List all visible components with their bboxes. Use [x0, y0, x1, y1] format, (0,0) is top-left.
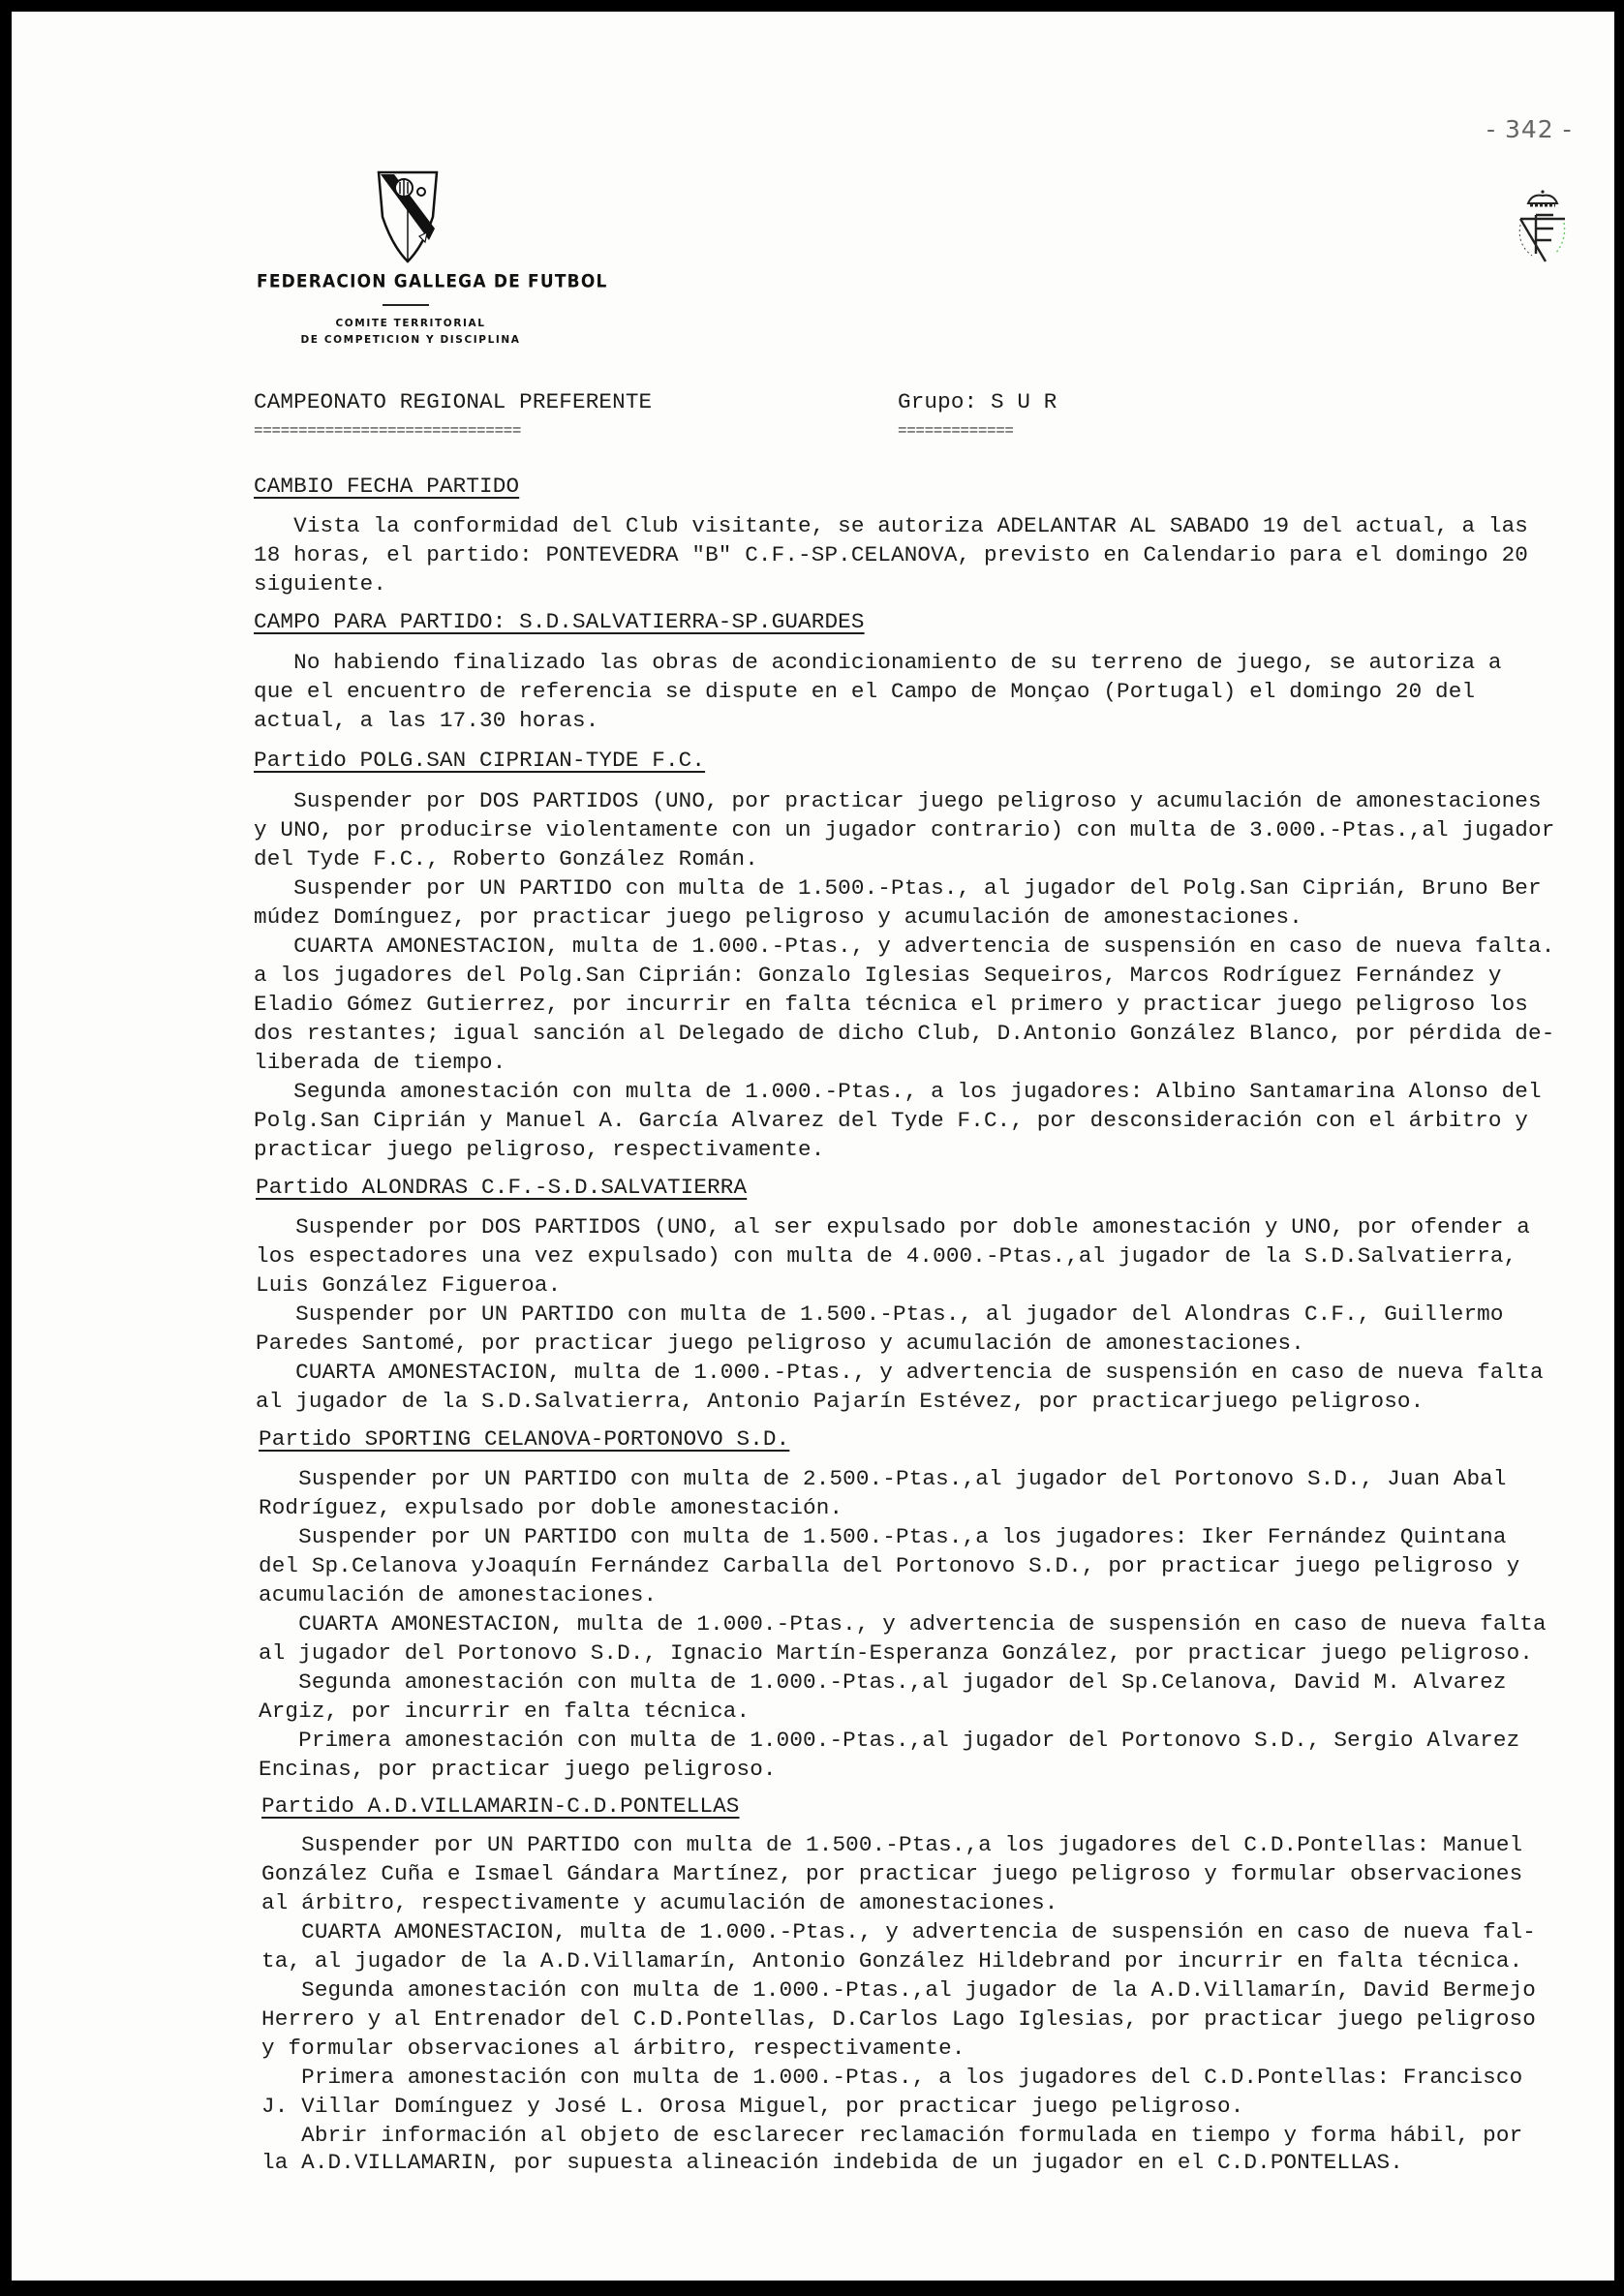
body-line: Abrir información al objeto de esclarece…: [261, 2121, 1522, 2150]
committee-line-2: DE COMPETICION Y DISCIPLINA: [265, 334, 556, 346]
body-line: CUARTA AMONESTACION, multa de 1.000.-Pta…: [256, 1358, 1544, 1387]
body-line: siguiente.: [254, 569, 386, 598]
body-line: Herrero y al Entrenador del C.D.Pontella…: [261, 2005, 1536, 2034]
body-line: practicar juego peligroso, respectivamen…: [254, 1135, 824, 1164]
body-line: Luis González Figueroa.: [256, 1270, 561, 1300]
body-line: Suspender por DOS PARTIDOS (UNO, por pra…: [254, 786, 1542, 815]
body-line: Primera amonestación con multa de 1.000.…: [261, 2063, 1522, 2092]
body-line: y formular observaciones al árbitro, res…: [261, 2034, 965, 2063]
body-line: a los jugadores del Polg.San Ciprián: Go…: [254, 961, 1502, 990]
body-line: Suspender por UN PARTIDO con multa de 2.…: [259, 1464, 1507, 1493]
body-line: González Cuña e Ismael Gándara Martínez,…: [261, 1859, 1522, 1888]
body-line: CUARTA AMONESTACION, multa de 1.000.-Pta…: [259, 1609, 1547, 1638]
body-line: Encinas, por practicar juego peligroso.: [259, 1755, 777, 1784]
body-line: Primera amonestación con multa de 1.000.…: [259, 1726, 1519, 1755]
section-heading: Partido ALONDRAS C.F.-S.D.SALVATIERRA: [256, 1173, 747, 1202]
body-line: los espectadores una vez expulsado) con …: [256, 1241, 1517, 1270]
body-line: Eladio Gómez Gutierrez, por incurrir en …: [254, 990, 1528, 1019]
body-line: J. Villar Domínguez y José L. Orosa Migu…: [261, 2092, 1243, 2121]
body-line: Rodríguez, expulsado por doble amonestac…: [259, 1493, 843, 1522]
body-line: Polg.San Ciprián y Manuel A. García Alva…: [254, 1106, 1528, 1135]
section-heading: Partido POLG.SAN CIPRIAN-TYDE F.C.: [254, 746, 705, 775]
letterhead-divider: [383, 304, 429, 306]
crowned-rfef-emblem-icon: [1511, 186, 1575, 273]
body-line: CUARTA AMONESTACION, multa de 1.000.-Pta…: [261, 1917, 1536, 1946]
section-heading: Partido A.D.VILLAMARIN-C.D.PONTELLAS: [261, 1791, 740, 1821]
body-line: Vista la conformidad del Club visitante,…: [254, 511, 1528, 540]
body-line: dos restantes; igual sanción al Delegado…: [254, 1019, 1554, 1048]
body-line: No habiendo finalizado las obras de acon…: [254, 648, 1502, 677]
body-line: y UNO, por producirse violentamente con …: [254, 815, 1554, 844]
body-line: Paredes Santomé, por practicar juego pel…: [256, 1329, 1304, 1358]
federation-name: FEDERACION GALLEGA DE FUTBOL: [257, 271, 608, 292]
championship-title: CAMPEONATO REGIONAL PREFERENTE: [254, 387, 652, 416]
body-line: Suspender por UN PARTIDO con multa de 1.…: [256, 1300, 1504, 1329]
body-line: liberada de tiempo.: [254, 1048, 506, 1077]
body-line: Segunda amonestación con multa de 1.000.…: [259, 1668, 1507, 1697]
committee-line-1: COMITE TERRITORIAL: [265, 318, 556, 329]
body-line: al jugador del Portonovo S.D., Ignacio M…: [259, 1638, 1533, 1668]
shield-crest-icon: [375, 168, 443, 265]
body-line: del Tyde F.C., Roberto González Román.: [254, 844, 758, 873]
body-line: 18 horas, el partido: PONTEVEDRA "B" C.F…: [254, 540, 1528, 569]
body-line: al jugador de la S.D.Salvatierra, Antoni…: [256, 1387, 1424, 1416]
group-label: Grupo: S U R: [898, 387, 1057, 416]
body-line: Argiz, por incurrir en falta técnica.: [259, 1697, 750, 1726]
body-line: del Sp.Celanova yJoaquín Fernández Carba…: [259, 1551, 1519, 1580]
body-line: acumulación de amonestaciones.: [259, 1580, 657, 1609]
body-line: Suspender por UN PARTIDO con multa de 1.…: [259, 1522, 1507, 1551]
body-line: ta, al jugador de la A.D.Villamarín, Ant…: [261, 1946, 1522, 1975]
section-heading: Partido SPORTING CELANOVA-PORTONOVO S.D.: [259, 1424, 789, 1454]
body-line: CUARTA AMONESTACION, multa de 1.000.-Pta…: [254, 932, 1554, 961]
body-line: al árbitro, respectivamente y acumulació…: [261, 1888, 1058, 1917]
section-heading: CAMBIO FECHA PARTIDO: [254, 472, 519, 501]
body-line: Segunda amonestación con multa de 1.000.…: [254, 1077, 1542, 1106]
championship-rule: ==============================: [254, 422, 521, 440]
body-line: Suspender por DOS PARTIDOS (UNO, al ser …: [256, 1212, 1530, 1241]
body-line: múdez Domínguez, por practicar juego pel…: [254, 903, 1302, 932]
document-page: FEDERACION GALLEGA DE FUTBOL COMITE TERR…: [12, 12, 1614, 2281]
group-rule: =============: [898, 422, 1014, 440]
body-line: que el encuentro de referencia se disput…: [254, 677, 1475, 706]
body-line: actual, a las 17.30 horas.: [254, 706, 598, 735]
body-line: Suspender por UN PARTIDO con multa de 1.…: [254, 873, 1542, 903]
body-line: la A.D.VILLAMARIN, por supuesta alineaci…: [261, 2148, 1403, 2177]
section-heading: CAMPO PARA PARTIDO: S.D.SALVATIERRA-SP.G…: [254, 607, 865, 636]
body-line: Suspender por UN PARTIDO con multa de 1.…: [261, 1830, 1522, 1859]
page-number: - 342 -: [1486, 115, 1573, 143]
body-line: Segunda amonestación con multa de 1.000.…: [261, 1975, 1536, 2005]
